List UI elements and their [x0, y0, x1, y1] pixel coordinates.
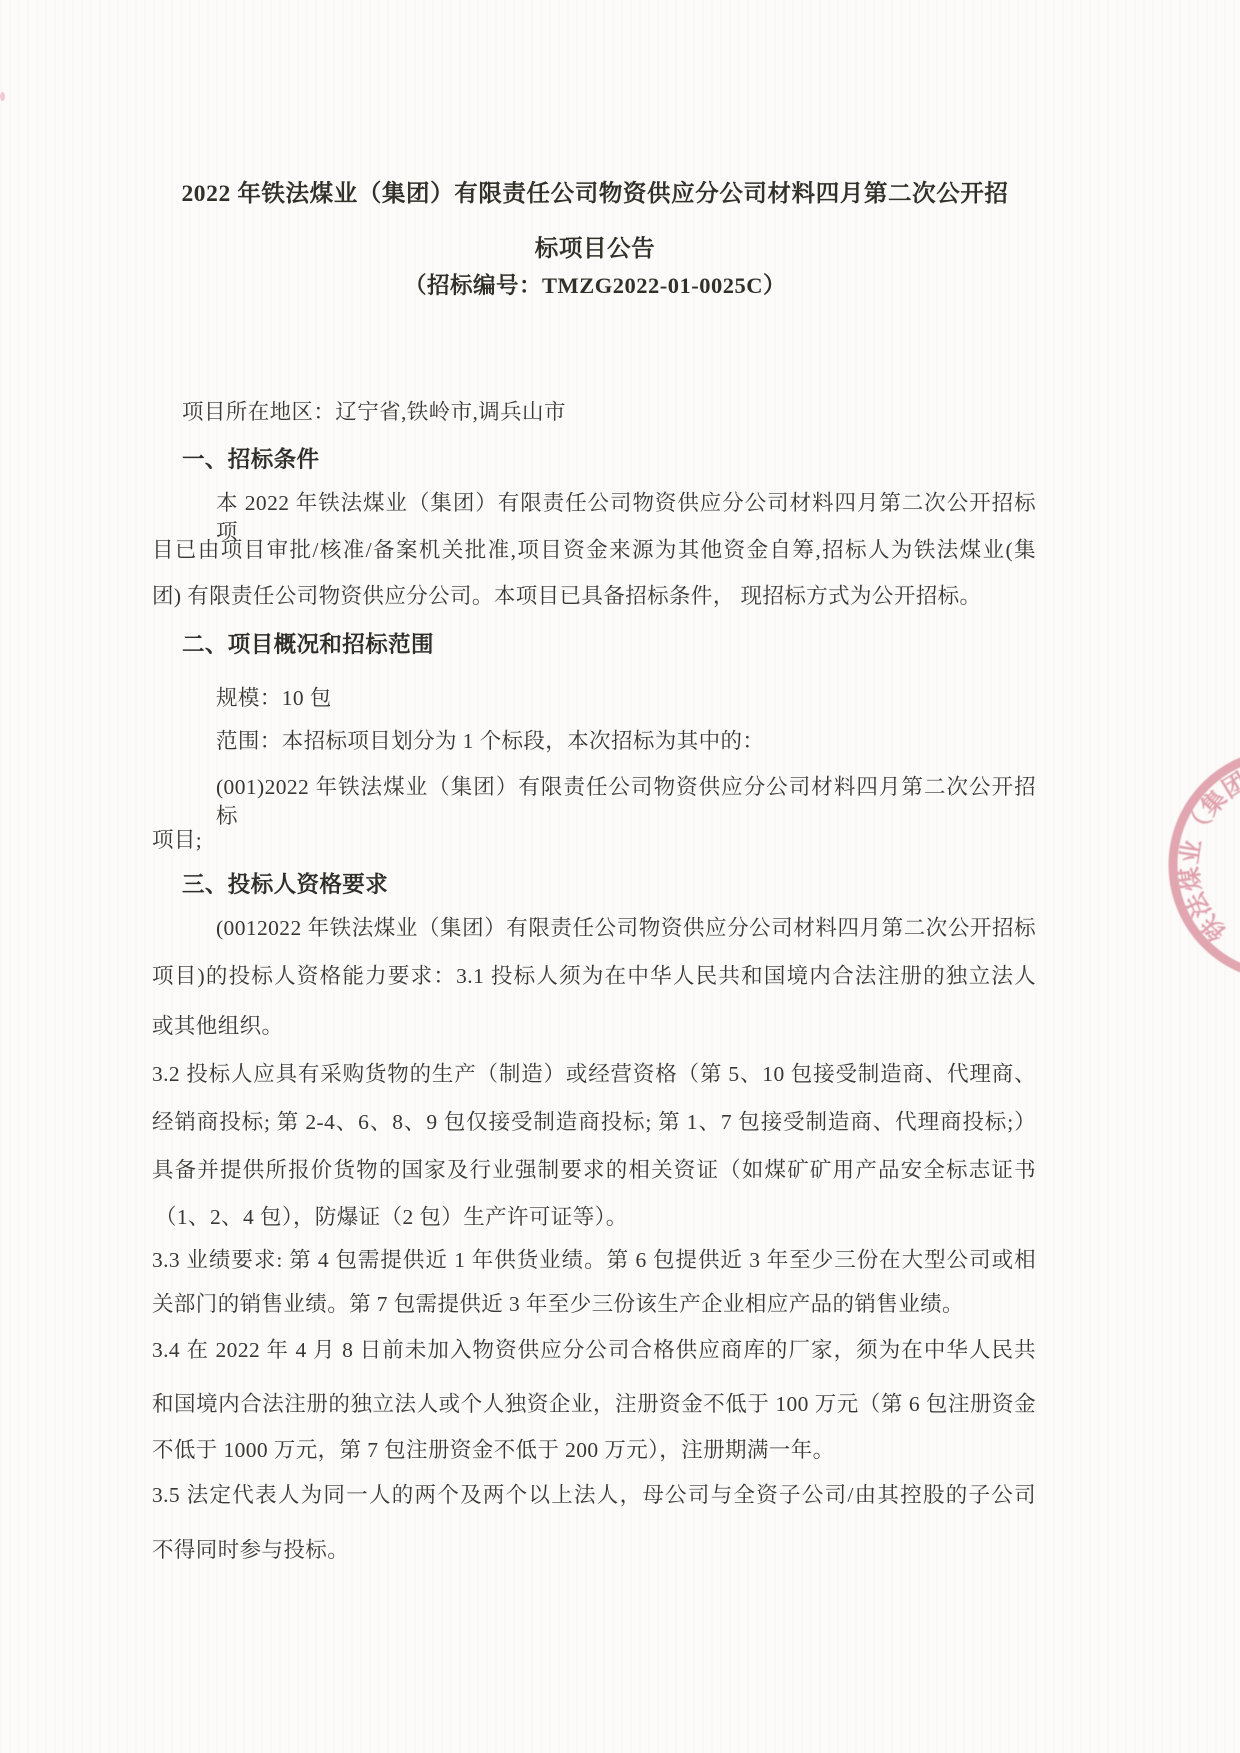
section2-body-line: 规模：10 包	[216, 684, 332, 713]
section3-body-line: 项目)的投标人资格能力要求：3.1 投标人须为在中华人民共和国境内合法注册的独立…	[152, 962, 1036, 991]
tender-number-line: （招标编号：TMZG2022-01-0025C）	[150, 268, 1040, 300]
section3-body-line: 具备并提供所报价货物的国家及行业强制要求的相关资证（如煤矿矿用产品安全标志证书	[152, 1156, 1036, 1185]
document-title-line-2: 标项目公告	[150, 229, 1040, 263]
section2-body-line: (001)2022 年铁法煤业（集团）有限责任公司物资供应分公司材料四月第二次公…	[216, 773, 1036, 831]
section-heading-2: 二、项目概况和招标范围	[182, 630, 434, 660]
section3-body-line: 3.2 投标人应具有采购货物的生产（制造）或经营资格（第 5、10 包接受制造商…	[152, 1060, 1036, 1089]
document-title-line-1: 2022 年铁法煤业（集团）有限责任公司物资供应分公司材料四月第二次公开招	[150, 174, 1040, 208]
section3-body-line: 不得同时参与投标。	[152, 1536, 349, 1565]
section-heading-1: 一、招标条件	[182, 445, 319, 475]
section2-body-line: 范围：本招标项目划分为 1 个标段，本次招标为其中的：	[216, 727, 764, 756]
section3-body-line: 经销商投标; 第 2-4、6、8、9 包仅接受制造商投标; 第 1、7 包接受制…	[152, 1108, 1036, 1137]
section3-body-line: 或其他组织。	[152, 1012, 283, 1041]
section3-body-line: 3.5 法定代表人为同一人的两个及两个以上法人，母公司与全资子公司/由其控股的子…	[152, 1481, 1036, 1510]
section3-body-line: 关部门的销售业绩。第 7 包需提供近 3 年至少三份该生产企业相应产品的销售业绩…	[152, 1290, 964, 1319]
section3-body-line: 不低于 1000 万元，第 7 包注册资金不低于 200 万元），注册期满一年。	[152, 1436, 835, 1465]
scan-artifact-speck	[0, 92, 5, 101]
company-seal-stamp-icon: 铁法煤业（集团）	[1125, 705, 1240, 1025]
scanned-document-page: 2022 年铁法煤业（集团）有限责任公司物资供应分公司材料四月第二次公开招 标项…	[0, 0, 1240, 1753]
section3-body-line: （1、2、4 包），防爆证（2 包）生产许可证等）。	[155, 1203, 628, 1232]
project-location-line: 项目所在地区：辽宁省,铁岭市,调兵山市	[182, 398, 566, 427]
section3-body-line: 3.4 在 2022 年 4 月 8 日前未加入物资供应分公司合格供应商库的厂家…	[152, 1336, 1036, 1365]
section3-body-line: 和国境内合法注册的独立法人或个人独资企业，注册资金不低于 100 万元（第 6 …	[152, 1390, 1036, 1419]
section1-body-line: 目已由项目审批/核准/备案机关批准,项目资金来源为其他资金自筹,招标人为铁法煤业…	[152, 536, 1036, 565]
section1-body-line: 团) 有限责任公司物资供应分公司。本项目已具备招标条件， 现招标方式为公开招标。	[152, 582, 981, 611]
section3-body-line: (0012022 年铁法煤业（集团）有限责任公司物资供应分公司材料四月第二次公开…	[216, 914, 1036, 943]
section-heading-3: 三、投标人资格要求	[182, 870, 388, 900]
section3-body-line: 3.3 业绩要求: 第 4 包需提供近 1 年供货业绩。第 6 包提供近 3 年…	[152, 1246, 1036, 1275]
section2-body-line: 项目;	[152, 826, 202, 855]
